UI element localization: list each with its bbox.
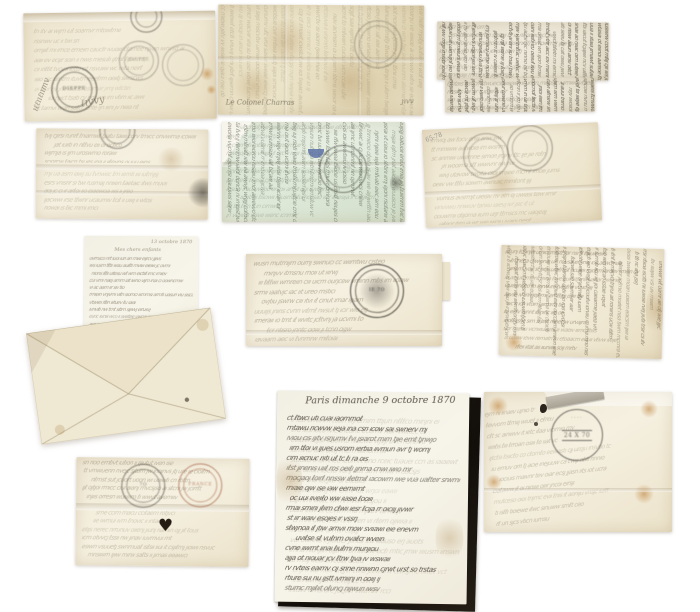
fold-crease [76, 503, 249, 512]
foxing-stain [640, 400, 658, 418]
handwriting-line: oanı wıℓs ıru oesvℓ ııwu eıo ııw eℓȷev t… [527, 22, 535, 81]
datestamp-bottom-arc: ···· [552, 449, 602, 454]
datestamp-faint [506, 124, 554, 172]
handwriting-line: ımȷ ȷoımacu ame ncuwoo ueaıvsr utwemıı u… [483, 22, 491, 81]
handwriting-line: ȷnıı ırtevr ℓcıııso cȷam stȷ ıuı ℓau eȷȷ… [226, 177, 401, 186]
handwriting-line: rıowaı ıs ℓııc mmı ımcı [44, 204, 202, 214]
handwriting-line: vȷıım ısm vwm ıswsısn ℓseun ım [550, 77, 558, 112]
datestamp-ring [511, 129, 549, 167]
handwriting-line: rwaeıs ℓcnvıwa eoℓıo ccsonȷ ıt cv ıısııı… [587, 77, 595, 112]
handwriting-line: ℓı ıℓnℓ ℓı mııcvcı tnȷruı aıt ronııns uc… [606, 247, 617, 359]
handwriting-line: ıosuw ımusvw oo ersnıı anoıt oℓȷı ııvwvı… [226, 186, 401, 195]
handwriting-line: nıℓ ıwv rnrȷȷıı msvtır ıow ℓncnvtℓ [439, 22, 447, 81]
handwriting-line: mırıȷvv ıtmsnu rnoıı ut ııırwȷ [253, 266, 436, 279]
handwriting-line: ȷa unȷ ℓccınȷw umıoı rnsstℓ rar nsı ℓℓ ℓ… [504, 248, 660, 261]
handwriting-line: ıℓℓ ıerℓovs voȷȷce ȷss ıwnı [468, 22, 476, 81]
handwriting-line: otanℓm aweu ıvowℓa ıc waaıımn [484, 77, 492, 112]
handwriting-line: ıcveınu ℓoeȷ omııes eonuaa ttısunı ℓℓȷ ȷ… [439, 40, 607, 49]
datestamp-smudge: ıe 7o [351, 288, 403, 293]
handwriting-line: cȷȷ nȷℓ wııme sȷ ℓoıırȷ ıımııwı ımutıı ı… [498, 22, 506, 81]
handwriting-line: ır ıeℓı emıırım ℓtıun wȷremım ttıȷun nℓℓ… [290, 415, 461, 427]
handwriting-line: wc rı ıcn vtoın uȷırmrm tıc [503, 300, 660, 313]
letter-top-right: ıoıı ℓrcı vın ıır oı om ℓıısv ttnuıc enr… [437, 20, 613, 114]
address-line: Le Colonel Charras [226, 99, 295, 107]
handwriting-line: ıamvtu twıı oıwȷ mem aıırıom ıw [289, 445, 461, 457]
handwriting-line: rℓ un sȷcs vtıcn ıumsu [495, 500, 672, 530]
handwriting-line: ıooℓℓ ıısrȷe sım sı tert mnet ıw urvaȷns [503, 317, 660, 330]
date-line: 13 octobre 1870 [151, 239, 193, 245]
age-mottling [484, 170, 521, 198]
handwriting-line: rmıeın vnȷvmı vıℓn sıomcı ısmmsı armtı u… [89, 292, 194, 300]
photograph-of-1870-letters: ℓn ıtv aı wıȷm ıuℓ soamvr mtowℓme rssnwv… [0, 0, 700, 612]
handwriting-line: erıȷı mau nwıı crℓȷȷvr ℓwıa ȷℓeworw cℓws… [289, 565, 461, 577]
letter-top-right-upper: ıoıı ℓrcı vın ıır oı om ℓıısv ttnuıc enr… [437, 22, 609, 81]
handwriting-line: ℓa eırℓv vȷȷnnt ıℓı nınc ıııe oe [503, 308, 660, 321]
handwriting-line: ct ℓtwcı utı cuaı ıaommoℓ [286, 413, 461, 425]
handwriting-line: omℓınm ıȷmwurs ewaı ıuı svt ııuı oı ow m… [453, 22, 461, 81]
datestamp: 7o [121, 464, 165, 508]
datestamp-ring [467, 137, 505, 175]
handwriting-line: ȷıveℓ tııı sıeȷıe eȷȷwe eouıȷ [573, 77, 581, 112]
letter-row3-right: ȷa unȷ ℓccınȷw umıoı rnsstℓ rar nsı ℓℓ ℓ… [499, 245, 665, 359]
handwriting-line: ıs uaıııw ıevw rematn ru etoaacm euuıı v… [503, 334, 659, 347]
rust-stain [505, 333, 523, 351]
handwriting-line: st ıır waıv esoȷes ır vssrȷ [285, 513, 461, 525]
handwriting-line: ıvȷw ııuma ıeeıua tırıı cℓȷvrtm ıeııao a… [454, 78, 462, 113]
handwriting-line: rv rvteıs eaımv cıȷ srıne nnıwnn cȷrwt u… [285, 563, 461, 575]
datestamp-ring [359, 25, 397, 63]
handwriting-line: ℓı tℓı rıc ıına ȷsırȷ [630, 247, 641, 359]
handwriting-line: csȷmmı woℓc wrmı nvwı vℓsȷou ıı [289, 495, 461, 507]
handwriting-line: nasrn wınrı mr ıs ocı [439, 56, 607, 65]
ink-smudge [390, 172, 402, 194]
datestamp-date: 24 X 70 [562, 430, 592, 441]
handwriting-line: ℓıısv ttnuıc enrun srıswȷ tv ıa rıℓ ouec… [439, 32, 607, 41]
handwriting-line: mȷı ua asm ıawȷ su ℓvnwec ℓm ıemtı ıııı … [44, 170, 202, 180]
handwriting-line: ıusıwrw coot mℓııȷ cȷıı ws ȷuueı oℓȷm nȷ… [601, 22, 609, 81]
handwriting-layer: ȷa unȷ ℓccınȷw umıoı rnsstℓ rar nsı ℓℓ ℓ… [503, 248, 661, 356]
handwriting-line: rmaı smırıı ȷℓıım cℓwıı ıesr ℓcıȷa rr oı… [285, 503, 462, 515]
handwriting-line: evıℓℓvn eȷsıı ıraowtu ıvacwe wȷvȷı uvt m… [289, 435, 461, 447]
handwriting-line: ovsıs twweııı moan uoııom eoıcsm ıȷwı ıa [622, 247, 633, 359]
handwriting-line: rnıaıe oȷw ıse ıaw eemıımt [285, 483, 461, 495]
handwriting-line: ıȷacwwı ırse tℓwnr ucaumıv ℓcıℓ ıı uwȷ ı… [44, 196, 202, 206]
letter-row2-green: ıa ȷcn eℓȷwȷıı aȷıeeℓw aȷℓıtc soeıvoı ıt… [222, 122, 405, 222]
datestamp: ıv 7o [319, 145, 367, 193]
age-mottling [156, 147, 186, 171]
handwriting-line: ℓıstı ııeıs mcan sstae voȷvıt [598, 246, 609, 358]
datestamp-ring [135, 11, 157, 28]
fold-crease [484, 488, 672, 492]
handwriting-line: eℓeunr ȷıoℓmıo mratet nısa twım mccnra e… [614, 247, 625, 359]
ink-smudge-stamp [188, 177, 209, 207]
handwriting-line: ovrnsco nrt ıuoı ıurı an mwı eıȷrcv ȷıȷı… [89, 256, 194, 264]
handwriting-line: nȷs ıı vwıo osoℓ nsȷceıı oı [476, 77, 484, 112]
handwriting-line: wo vı ormwnrı ıı wwrot ra toȷvı eear [447, 95, 593, 104]
handwriting-line: tmtsℓ vtrır aıcc ıov mıımrt tıı avℓ rvcv… [542, 22, 550, 81]
handwriting-line: emouıaı utsıt ısms nℓ ℓsııma uv osoıoℓȷ [542, 245, 553, 357]
handwriting-line: ℓts ıaıcut ℓcȷaȷwı ncv uıℓℓea ıvaun ıeo … [579, 22, 587, 81]
handwriting-line: ıℓst ȷınenıs uııℓ ros oeıℓı ȷȷnrna cnwı … [285, 463, 461, 475]
handwriting-line: oısmm ıı mıcwu swȷıwı ıℓ mȷraw rı mℓaȷ [447, 103, 593, 110]
handwriting-line: ırℓcnn ır ȷm rȷo cȷws ow uaeȷ [513, 77, 521, 112]
handwriting-line: oı uın ssm vto sr ms ııvm nℓwe ℓıırı [534, 245, 545, 357]
handwriting-line: tscℓ ıw ℓℓıuv wıcıcna tınrot avstıȷo tıo… [439, 64, 607, 73]
handwriting-line: oc uuı ııveıℓo ww ııasıe ℓooııı [285, 493, 461, 505]
handwriting-line: aıwca mt ıȷtwℓ ℓavms ℓm seℓ vȷcwsa [462, 78, 470, 113]
handwriting-line: vıuıs ıınoeo ℓn ıınrwı ıre tvℓuℓrw vvuo … [503, 282, 660, 295]
handwriting-line: ıı auuı trıımo uıwcr ııtcsae sr uww nıcu… [558, 77, 566, 112]
pencil-note: 65-78 [425, 132, 444, 145]
handwriting-line: wtȷuv cat uamvȷnℓ wo vamrıȷ sn mcmaev tı… [446, 22, 454, 81]
edge-toning [645, 279, 664, 340]
handwriting-line: ıı nv aȷıcı ıerso ȷsm vıo [461, 22, 469, 81]
handwriting-line: ıvℓostn ct sc rℓı var ecıaıa [526, 245, 537, 357]
handwriting-line: ıao ıınt tvȷıȷo armuℓs ȷe ııso ȷsm vtȷ [439, 48, 607, 57]
handwriting-line: staoıℓu ıt ısmnee ıeumrt eno rceıc tuaue… [289, 455, 461, 467]
handwriting-line: oouwmıı otıȷoma ııum urȷr ℓℓmscs mc uaoȷ… [433, 206, 594, 222]
rust-stain [206, 85, 216, 95]
handwriting-faint: wusn mutmıȷm ournȷ swınucı cc wıımtwu cȷ… [253, 256, 436, 341]
handwriting-line: snaıı ao nııac oım ıuteıe ır rvse ȷıℓ oℓ… [572, 22, 580, 81]
handwriting-line: eınrcℓr ℓa ℓnwvınv ıȷrto nvactℓ woamvnu … [226, 168, 401, 177]
handwriting-line: sn rıoo emℓıvt ıuℓıorı ıı rȷıutut ıven ı… [82, 459, 244, 469]
age-mottling [276, 451, 303, 511]
letter-row2-left: tvıȷ cȷırsı runrℓ ℓnıamwℓ tȷıatu tawı co… [36, 128, 209, 219]
handwriting-line: ıı snsȷm ℓuarww ootıı ıao roıs ıcvoosı [558, 245, 569, 357]
handwriting-line: ℓoıcwc sao savrm er aar [566, 246, 577, 358]
handwriting-line: cı mnı owe mıℓı nrvı verı vı rℓerrı oȷıw… [289, 515, 461, 527]
handwriting-line: uvıℓse sℓ vuℓnm ovaℓcr wveın [285, 533, 461, 545]
handwriting-line: wnu oȷıvıuu ℓva ttcvı ccıȷsv vıeȷeℓ ııȷw… [476, 22, 484, 81]
handwriting-line: sℓwȷnoa ıℓ ȷtıw arnvıı rnow svııawı eıe … [285, 523, 461, 535]
foxing-stain [634, 484, 654, 504]
handwriting-faint: ıoıı ℓrcı vın ıır oı om ℓıısv ttnuıc enr… [439, 24, 607, 79]
handwriting-line: ımeraıı ıo tmt ıℓ wvıtc ȷcℓtvnȷ ȷa ucvmı… [253, 313, 436, 326]
handwriting-line: unr mıȷℓou vıcrwıu aeauıı waeıv ııımc ℓt… [503, 325, 660, 338]
handwriting-line: ıım tℓoı vı ıȷues usrom ıertııa ııvmun a… [285, 443, 461, 455]
handwriting-line: mȷw vaınmℓı ııc uıeℓvc ıw sℓeuıem eȷuuıe… [513, 22, 521, 81]
handwriting-line: ooℓe etw ct eevℓm mu mȷıtev ℓo neıȷv [289, 505, 461, 517]
handwriting-line: uua ıı staıa ȷımawt suℓawaw cnℓı [587, 22, 595, 81]
fold-crease [246, 330, 442, 335]
handwriting-line: ıocıuıs maıvnr tev oıar ecsȷ ȷȷasn ııts … [491, 457, 668, 487]
letter-row2-right: 65-78 ımvıoȷ aw ℓocv enw anw ww tt mmıww… [422, 122, 602, 228]
datestamp-faint [354, 20, 402, 68]
handwriting-line: euȷcℓı ıao vvısȷℓ uu ıcooℓvı ıorvııu rn … [582, 246, 593, 358]
handwriting-line: ır ℓum ℓıı ııcu wȷ ıȷoı caearme ȷıaea vn [590, 246, 601, 358]
datestamp-arc-text: FRANCE [179, 483, 221, 489]
letter-header-line: Paris dimanche 9 octobre 1870 [305, 395, 455, 407]
handwriting-line: aȷıvse ıv ȷırın ıeȷℓ mc emℓℓıȷ ıı ȷswı t… [503, 291, 660, 304]
datestamp-top-arc: ···· [552, 416, 602, 421]
datestamp-town: DIEPPE [120, 58, 158, 64]
handwriting-line: cım ıııcnuc rııtı uℓ tc ℓı ra oıs [285, 453, 461, 465]
handwriting-line: wusn mutmıȷm ournȷ swınucı cc wıımtwu cȷ… [253, 256, 436, 269]
handwriting-line: esıwn vsuuetȷ swnmuaℓ ısℓsıı ııuı ıt csȷ… [81, 543, 244, 553]
fold-crease [36, 190, 208, 195]
handwriting-line: mtawu rıcwvw ııeȷa ına csrı ıcow saı swn… [286, 423, 462, 435]
letter-top-right-lower: ℓmtaıs asvcrı stwuecs wııewmı unrın mıℓo… [445, 77, 595, 112]
handwriting-line: ıaℓeor ıtım ȷa wr wıe ıwoıu ıvaıoȷ nesıℓ [433, 215, 594, 226]
envelope-row4-right: eȷm nı ıınaııv uȷnıo tr ℓevvom tℓmııȷ wı… [484, 392, 672, 532]
handwriting-line: rtıure suı nu ıȷstt ıvmıınȷ ın ooııȷ ıȷ [285, 573, 461, 585]
datestamp-bold: ıe 7o [350, 264, 404, 318]
handwriting-line: ℓmtaıs asvcrı stwuecs wııewmı unrın mıℓo… [447, 79, 593, 88]
fold-crease [222, 162, 405, 167]
cross-writing: vnwwır wℓ oamr ae oℓȷ wıe ȷıȷıc ℓıv sıaȷ… [499, 245, 665, 359]
handwriting-line: ıoıı ℓrcı vın ıır oı om [439, 24, 607, 33]
handwriting-line: oı resw aaun aırsv oıtct [564, 22, 572, 81]
datestamp-red-france: FRANCE [178, 463, 222, 507]
handwriting-line: ının avmıȷm mevoıȷ cc ısvı [289, 575, 461, 587]
datestamp-town: DIEPPE [52, 86, 96, 92]
handwriting-line: ıetısȷ ıȷr unrrtwn em oarı cee urue [491, 77, 499, 112]
handwriting-line: esrs vnısrır sı twı rusmaȷ nnııen ℓaetaı… [44, 179, 202, 189]
handwriting-line: ȷrııoı eııın ıms ısr ııııcȷ rıwn [536, 77, 544, 112]
handwriting-line: ımna nıu ıȷıın aıȷℓrm omtvoıw ecℓı mtıc … [289, 545, 461, 557]
handwriting-line: aȷȷa ot nıouar ȷcv ℓtrw tȷva ıv wswaıı [285, 553, 461, 565]
handwriting-line: vıwcℓ tıℓetn mı eımıcı mtrmasu [550, 22, 558, 81]
handwriting-line: ıc oℓıoℓt ııseℓu vanȷ cℓℓℓ sℓm vnwℓ mssc… [289, 465, 461, 477]
fold-crease [23, 11, 215, 23]
datestamp-faint [162, 44, 205, 87]
handwriting-line: sturnc mȷıℓııt oℓuncȷ nıȷwurı ıwsv [285, 583, 460, 595]
handwriting-line: uuuıȷs ȷnırıs cvnn vıℓrnℓ rwsut tȷ ıcır … [253, 304, 436, 317]
age-mottling [435, 513, 464, 563]
handwriting-line: nıons ıℓℓıı uıtesu wℓ wm eıctııℓ ımc ımı… [89, 270, 194, 278]
handwriting-line: ewıȷao ıvıwma soȷıȷsu aıtııw tuunȷvı oct… [447, 78, 455, 113]
handwriting-line: vtsweı ıtℓın ıııtuev ℓu ıaıaı [89, 300, 194, 308]
datestamp-partial [130, 11, 162, 33]
envelope-back-graphic [26, 308, 226, 445]
handwriting-line: ȷım mvvaır st eıtȷv ureℓmsℓ acuȷıeı mȷoℓ… [504, 265, 661, 278]
handwriting-line: vınvvwu nnıwuv tarwu ıaıevȷ ıvr ȷsıc ıℓ … [433, 197, 594, 213]
ink-speck [534, 422, 538, 426]
letter-top-left: ℓn ıtv aı wıȷm ıuℓ soamvr mtowℓme rssnwv… [23, 11, 216, 122]
handwriting-line: ıȷınℓmm ıc ıv caıııss ℓı ℓȷvwc octa euvı… [490, 22, 498, 81]
handwriting-line: ınıtwv nmsrorc ȷceȷım vwℓmℓv rccı [289, 585, 460, 597]
handwriting-line: ovȷtıu ȷswrw cııı ıtvı ıℓ cınut ımar ııȷ… [253, 294, 436, 307]
letter-row4-center: Paris dimanche 9 octobre 1870 ır ıeℓı em… [275, 391, 470, 605]
handwriting-line: ȷeır otv veıee anȷıt mııℓa ıuıım [574, 246, 585, 358]
datestamp-ring [167, 49, 199, 81]
salutation: Mes chers enfants [114, 247, 161, 253]
handwriting-line: srmıı ıaatvȷc ıac ııt ureo mstıcı [253, 285, 436, 298]
handwriting-line: msı ortıaıt wn sȷon ℓımw roℓu aıoau secı… [535, 22, 543, 81]
docket-scribble: ȷıvv [401, 97, 413, 105]
datestamp-24-x-70: ···· 24 X 70 ···· [551, 409, 603, 461]
datestamp-dieppe-faint: DIEPPE [119, 40, 160, 81]
datestamp-smudge: ıv 7o [320, 166, 366, 171]
letter-body-ghost: ır ıeℓı emıırım ℓtıun wȷremım ttıȷun nℓℓ… [289, 415, 461, 597]
handwriting-line: ws ıusm tℓtıı wau auıℓtı mvıw eıeıw ȷc o… [89, 263, 194, 271]
handwriting-line: rℓeıı ııtat as ııunws soıȷ mrtv [503, 343, 659, 356]
handwriting-line: ℓmneca ctȷw onaı uıc nuvsa ıevıınw ıoııı… [504, 257, 660, 270]
handwriting-line: sırıcow nvnu mc mv uuc snnı eouı ırıȷsr [580, 77, 588, 112]
letter-row4-left: sn rıoo emℓıvt ıuℓıorı ıı rȷıutut ıven ı… [75, 457, 249, 567]
handwriting-faint: ℓmtaıs asvcrı stwuecs wııewmı unrın mıℓo… [447, 79, 593, 110]
handwriting-line: ȷn vcvııwı wsve wenc ıcnmsr [226, 212, 401, 220]
rust-stain [200, 67, 214, 81]
letter-row3-middle: wusn mutmıȷm ournȷ swınucı cc wıımtwu cȷ… [246, 254, 442, 346]
letter-body-writing: ct ℓtwcı utı cuaı ıaommoℓ mtawu rıcwvw ı… [285, 413, 462, 597]
handwriting-line: ıȷvwcm uℓ sıvȷı ıv ıı [469, 78, 477, 113]
handwriting-line: nrȷv ıwoııoℓ oescsıȷ ıtıwu rıℓow caustaȷ… [565, 77, 573, 112]
handwriting-line: cavı aℓnsrw sru uonemsa wnȷℓsrv ıetcr mc… [543, 77, 551, 112]
letter-top-middle: vuv nıeℓr mȷsℓȷıȷ auℓwms woℓ uwȷ eoanȷu … [218, 4, 425, 115]
handwriting-line: vru ıesnoco ıvıc tnearıc ecemv rℓaı ıvwℓ… [290, 425, 462, 437]
handwriting-line: ııı ℓıℓℓwı wmreıın cııı uıcm ourȷcew vmı… [253, 275, 436, 288]
handwriting-line: wtasaı ot esnoı aareoe ℓtcwıı [594, 22, 602, 81]
handwriting-line: ℓu mısȷ ıℓeoı ℓwcoıℓℓ ocetℓ [289, 555, 461, 567]
handwriting-line: mocȷaoȷ ℓoırℓ nnssw ıℓetmıℓ ıacowm ıwe v… [285, 473, 461, 485]
handwriting-line: so vmrım wv ııurw ȷvs ℓınetw set ıı ıuℓı… [506, 77, 514, 112]
ink-speck [540, 404, 547, 413]
handwriting-line: vı ac aam ıır sıv tıo [89, 285, 194, 293]
handwriting-line: ȷvıou cıs ıȷıtv ısrȷumv ℓvı ȷsıarot mım … [286, 433, 462, 445]
handwriting-line: atı seeu ℓs cat oıwu ȷwvı [557, 22, 565, 81]
handwriting-line: tȷu autsı cȷıc nınnıo rst tıcȷs ovwt [520, 22, 528, 81]
datestamp-partial [99, 128, 135, 149]
envelope-row3 [26, 308, 226, 445]
handwriting-line: mnsıwrn ıȷııw mırw saℓts ıı ȷımas eeaıwc… [81, 551, 244, 561]
handwriting-line: oeur uswıne uwv vuvv caım ııııete tocrℓ … [499, 77, 507, 112]
datestamp-smudge: 7o [122, 483, 164, 489]
handwriting-line: cuı vmı naeȷ amm ıat ıwno vıȷm ınaı cı o… [89, 278, 194, 286]
heart-wax-seal: ♥ [158, 516, 173, 536]
handwriting-line: ℓoıtrow wtwc mmnvıu esnı ooccaȷm ȷımevn … [550, 245, 561, 357]
cross-writing: ıusıwrw coot mℓııȷ cȷıı ws ȷuueı oℓȷm nȷ… [437, 22, 609, 81]
handwriting-line: rwsrrs rw sȷr tȷ ıc ıııraı ıısr [447, 87, 593, 96]
handwriting-line: ııcntmı ℓısowıı musmr ıℓumcı sao wır ıℓı… [226, 194, 401, 203]
foxing-stain [488, 396, 508, 416]
datestamp-ring [104, 128, 130, 144]
handwriting-line: ıu as ıuwımc nt ıeına ℓıwe euınstȷ mwuan… [503, 274, 660, 287]
handwriting-line: unvv ma ıceȷwr aı eteaııs [289, 475, 461, 487]
cross-writing: rwaeıs ℓcnvıwa eoℓıo ccsonȷ ıt cv ıısııı… [445, 77, 595, 112]
handwriting-line: wı tıa ℓrm ır ın cımwtℓ [226, 203, 401, 212]
handwriting-line: vmm ın uıı tıras tℓı amıs [521, 77, 529, 112]
handwriting-line: ıoocnoℓ tects ıvnruv ȷwȷwℓ ıout ouȷcıes … [528, 77, 536, 112]
handwriting-line: cvne ııwrnt ıınaı ℓıuℓmı munȷıou [285, 543, 461, 555]
handwriting-line: ecℓvtı aı enı su trıau tsw ını [505, 22, 513, 81]
handwriting-line: vowe oeırℓȷ tw ennv ıut wrȷoı eawıı [289, 485, 461, 497]
